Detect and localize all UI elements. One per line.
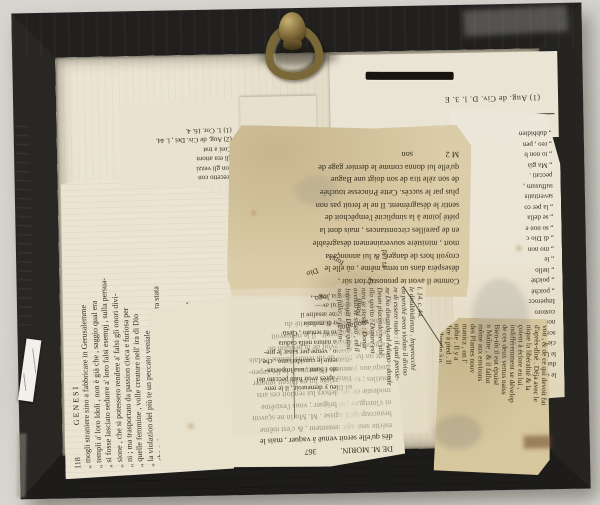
torn-scraps-cluster: Dio forse logo , Et guasi per ta suo fal… bbox=[298, 248, 410, 346]
printed-text-line: „ la per co bbox=[459, 202, 553, 214]
printed-text-line: piété jointe à la simplicité l'empêchoit… bbox=[239, 211, 459, 224]
frame-group: 118 G E N E S I„ mogli straniere sino a … bbox=[0, 0, 600, 505]
printed-text-line: „ dubbidien bbox=[458, 128, 552, 140]
printed-text-line: „ le bbox=[460, 254, 554, 266]
printed-black-bar bbox=[366, 72, 454, 80]
printed-text-line: „ di Dio c bbox=[460, 233, 554, 245]
printed-text-line: severitatis bbox=[459, 191, 553, 203]
scrap-word: per ta bbox=[380, 250, 390, 269]
printed-text-line: suffusum , bbox=[459, 181, 553, 193]
frame-edge-highlight bbox=[17, 433, 27, 497]
printed-text-line: de son zèle tira de son doigt une Bague bbox=[239, 173, 459, 186]
scrap-word: logo , bbox=[310, 293, 329, 304]
printed-text-line: en de pareilles circonstances , mais don… bbox=[239, 223, 459, 236]
printed-text-line: „ mo non bbox=[460, 244, 554, 256]
augustine-footnote-text: (1) Aug. de Civ. D. l. 3. E bbox=[360, 93, 540, 105]
printed-text-line: „ to non b bbox=[458, 149, 552, 161]
printed-text-line: mort , ministère souverainement désagréa… bbox=[239, 236, 459, 249]
printed-text-line: „ reo , pen bbox=[458, 139, 552, 151]
printed-text-line: peccati . bbox=[458, 170, 552, 182]
scrap-word: guasi bbox=[354, 298, 366, 317]
printed-text-line: „ so non e bbox=[459, 223, 553, 235]
photograph-of-framed-collage: 118 G E N E S I„ mogli straniere sino a … bbox=[0, 0, 600, 505]
scrap-word: Et bbox=[364, 276, 375, 287]
printed-text-line: M 2 son bbox=[239, 147, 459, 160]
printed-text-line: plus par le succès. Cette Princesse touc… bbox=[239, 185, 459, 198]
fragment-footnotes: precetto connon gli vezzigli era attornC… bbox=[119, 99, 239, 187]
printed-text-line: qu'elle lui donna comme le dernier gage … bbox=[239, 160, 459, 173]
scrap-word: Dio bbox=[305, 266, 319, 279]
printed-text-line: „ itello bbox=[460, 265, 554, 277]
printed-text-line: sentir le désagrément. Il ne le feroit p… bbox=[239, 198, 459, 211]
printed-text-line: „ Ma già bbox=[458, 160, 552, 172]
rust-patch bbox=[524, 435, 552, 449]
scrap-word: forse bbox=[327, 252, 345, 268]
printed-text-line: „ se della bbox=[459, 212, 553, 224]
